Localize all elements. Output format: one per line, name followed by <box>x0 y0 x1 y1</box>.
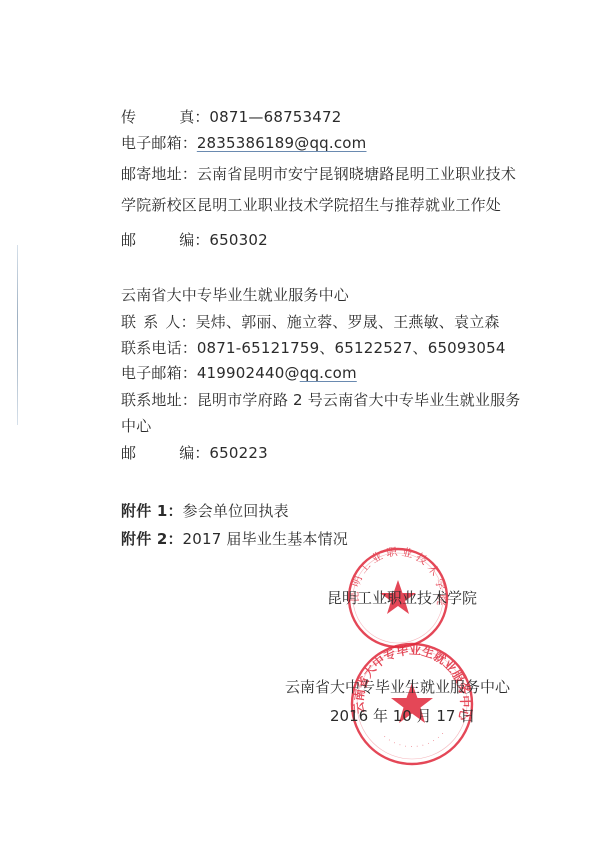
address-line-1: 联系地址：昆明市学府路 2 号云南省大中专毕业生就业服务 <box>121 390 521 410</box>
colon: ： <box>182 338 197 358</box>
margin-rule <box>17 245 18 425</box>
contacts-label-b: 系 <box>143 313 158 331</box>
mail-address-value-1: 云南省昆明市安宁昆钢晓塘路昆明工业职业技术 <box>197 165 516 183</box>
address-value-1: 昆明市学府路 2 号云南省大中专毕业生就业服务 <box>197 391 521 409</box>
center-signature-text: 云南省大中专毕业生就业服务中心 <box>285 678 510 696</box>
colon: ： <box>194 107 209 127</box>
mail-address-value-2: 学院新校区昆明工业职业技术学院招生与推荐就业工作处 <box>121 196 501 214</box>
phone-line: 联系电话：0871-65121759、65122527、65093054 <box>121 338 506 358</box>
center-org-name-text: 云南省大中专毕业生就业服务中心 <box>121 286 349 304</box>
contacts-value: 吴炜、郭丽、施立蓉、罗晟、王燕敏、袁立森 <box>196 313 500 331</box>
colon: ： <box>194 230 209 250</box>
colon: ： <box>182 164 197 184</box>
contacts-line: 联系人：吴炜、郭丽、施立蓉、罗晟、王燕敏、袁立森 <box>121 312 500 332</box>
center-email-label: 电子邮箱 <box>121 364 182 382</box>
center-email-prefix: 419902440@ <box>197 364 300 382</box>
colon: ： <box>182 133 197 153</box>
contacts-label-a: 联 <box>121 313 136 331</box>
attachment-2-title: 2017 届毕业生基本情况 <box>182 530 348 548</box>
fax-label-a: 传 <box>121 107 136 127</box>
colon: ： <box>194 443 209 463</box>
school-signature-text: 昆明工业职业技术学院 <box>327 589 477 607</box>
fax-line: 传真：0871—68753472 <box>121 107 342 127</box>
postcode-label-b: 编 <box>179 231 194 249</box>
school-signature: 昆明工业职业技术学院 <box>327 588 477 608</box>
school-email-line: 电子邮箱：2835386189@qq.com <box>121 133 367 153</box>
attachment-1-title: 参会单位回执表 <box>182 502 288 520</box>
signature-date: 2016 年 10 月 17 日 <box>330 706 475 726</box>
postcode-label-a: 邮 <box>121 444 136 462</box>
colon: ： <box>181 312 196 332</box>
center-postcode-value: 650223 <box>209 444 267 462</box>
signature-date-text: 2016 年 10 月 17 日 <box>330 707 475 725</box>
colon: ： <box>167 529 182 549</box>
colon: ： <box>167 501 182 521</box>
mail-address-line-2: 学院新校区昆明工业职业技术学院招生与推荐就业工作处 <box>121 195 501 215</box>
center-email-link[interactable]: qq.com <box>300 364 357 382</box>
school-postcode-value: 650302 <box>209 231 267 249</box>
postcode-label-a: 邮 <box>121 231 136 249</box>
fax-label-b: 真 <box>179 107 194 127</box>
address-label: 联系地址 <box>121 391 182 409</box>
fax-value: 0871—68753472 <box>209 108 341 126</box>
colon: ： <box>182 363 197 383</box>
postcode-label-b: 编 <box>179 444 194 462</box>
mail-address-line-1: 邮寄地址：云南省昆明市安宁昆钢晓塘路昆明工业职业技术 <box>121 164 516 184</box>
school-email-link[interactable]: 2835386189@qq.com <box>197 134 367 152</box>
mail-address-label: 邮寄地址 <box>121 165 182 183</box>
center-org-name: 云南省大中专毕业生就业服务中心 <box>121 285 349 305</box>
address-value-2: 中心 <box>121 417 151 435</box>
colon: ： <box>182 390 197 410</box>
attachment-2: 附件 2：2017 届毕业生基本情况 <box>121 529 348 549</box>
phone-label: 联系电话 <box>121 339 182 357</box>
address-line-2: 中心 <box>121 416 151 436</box>
center-email-line: 电子邮箱：419902440@qq.com <box>121 363 357 383</box>
contacts-label-c: 人 <box>165 313 180 331</box>
center-signature: 云南省大中专毕业生就业服务中心 <box>285 677 510 697</box>
phone-value: 0871-65121759、65122527、65093054 <box>197 339 506 357</box>
attachment-1: 附件 1：参会单位回执表 <box>121 501 289 521</box>
attachment-1-label: 附件 1 <box>121 502 167 520</box>
attachment-2-label: 附件 2 <box>121 530 167 548</box>
center-seal-icon: 云南省大中专毕业生就业服务中心 · · · · · · · · · · · · … <box>349 641 475 767</box>
school-email-label: 电子邮箱 <box>121 134 182 152</box>
school-postcode-line: 邮编：650302 <box>121 230 268 250</box>
center-postcode-line: 邮编：650223 <box>121 443 268 463</box>
